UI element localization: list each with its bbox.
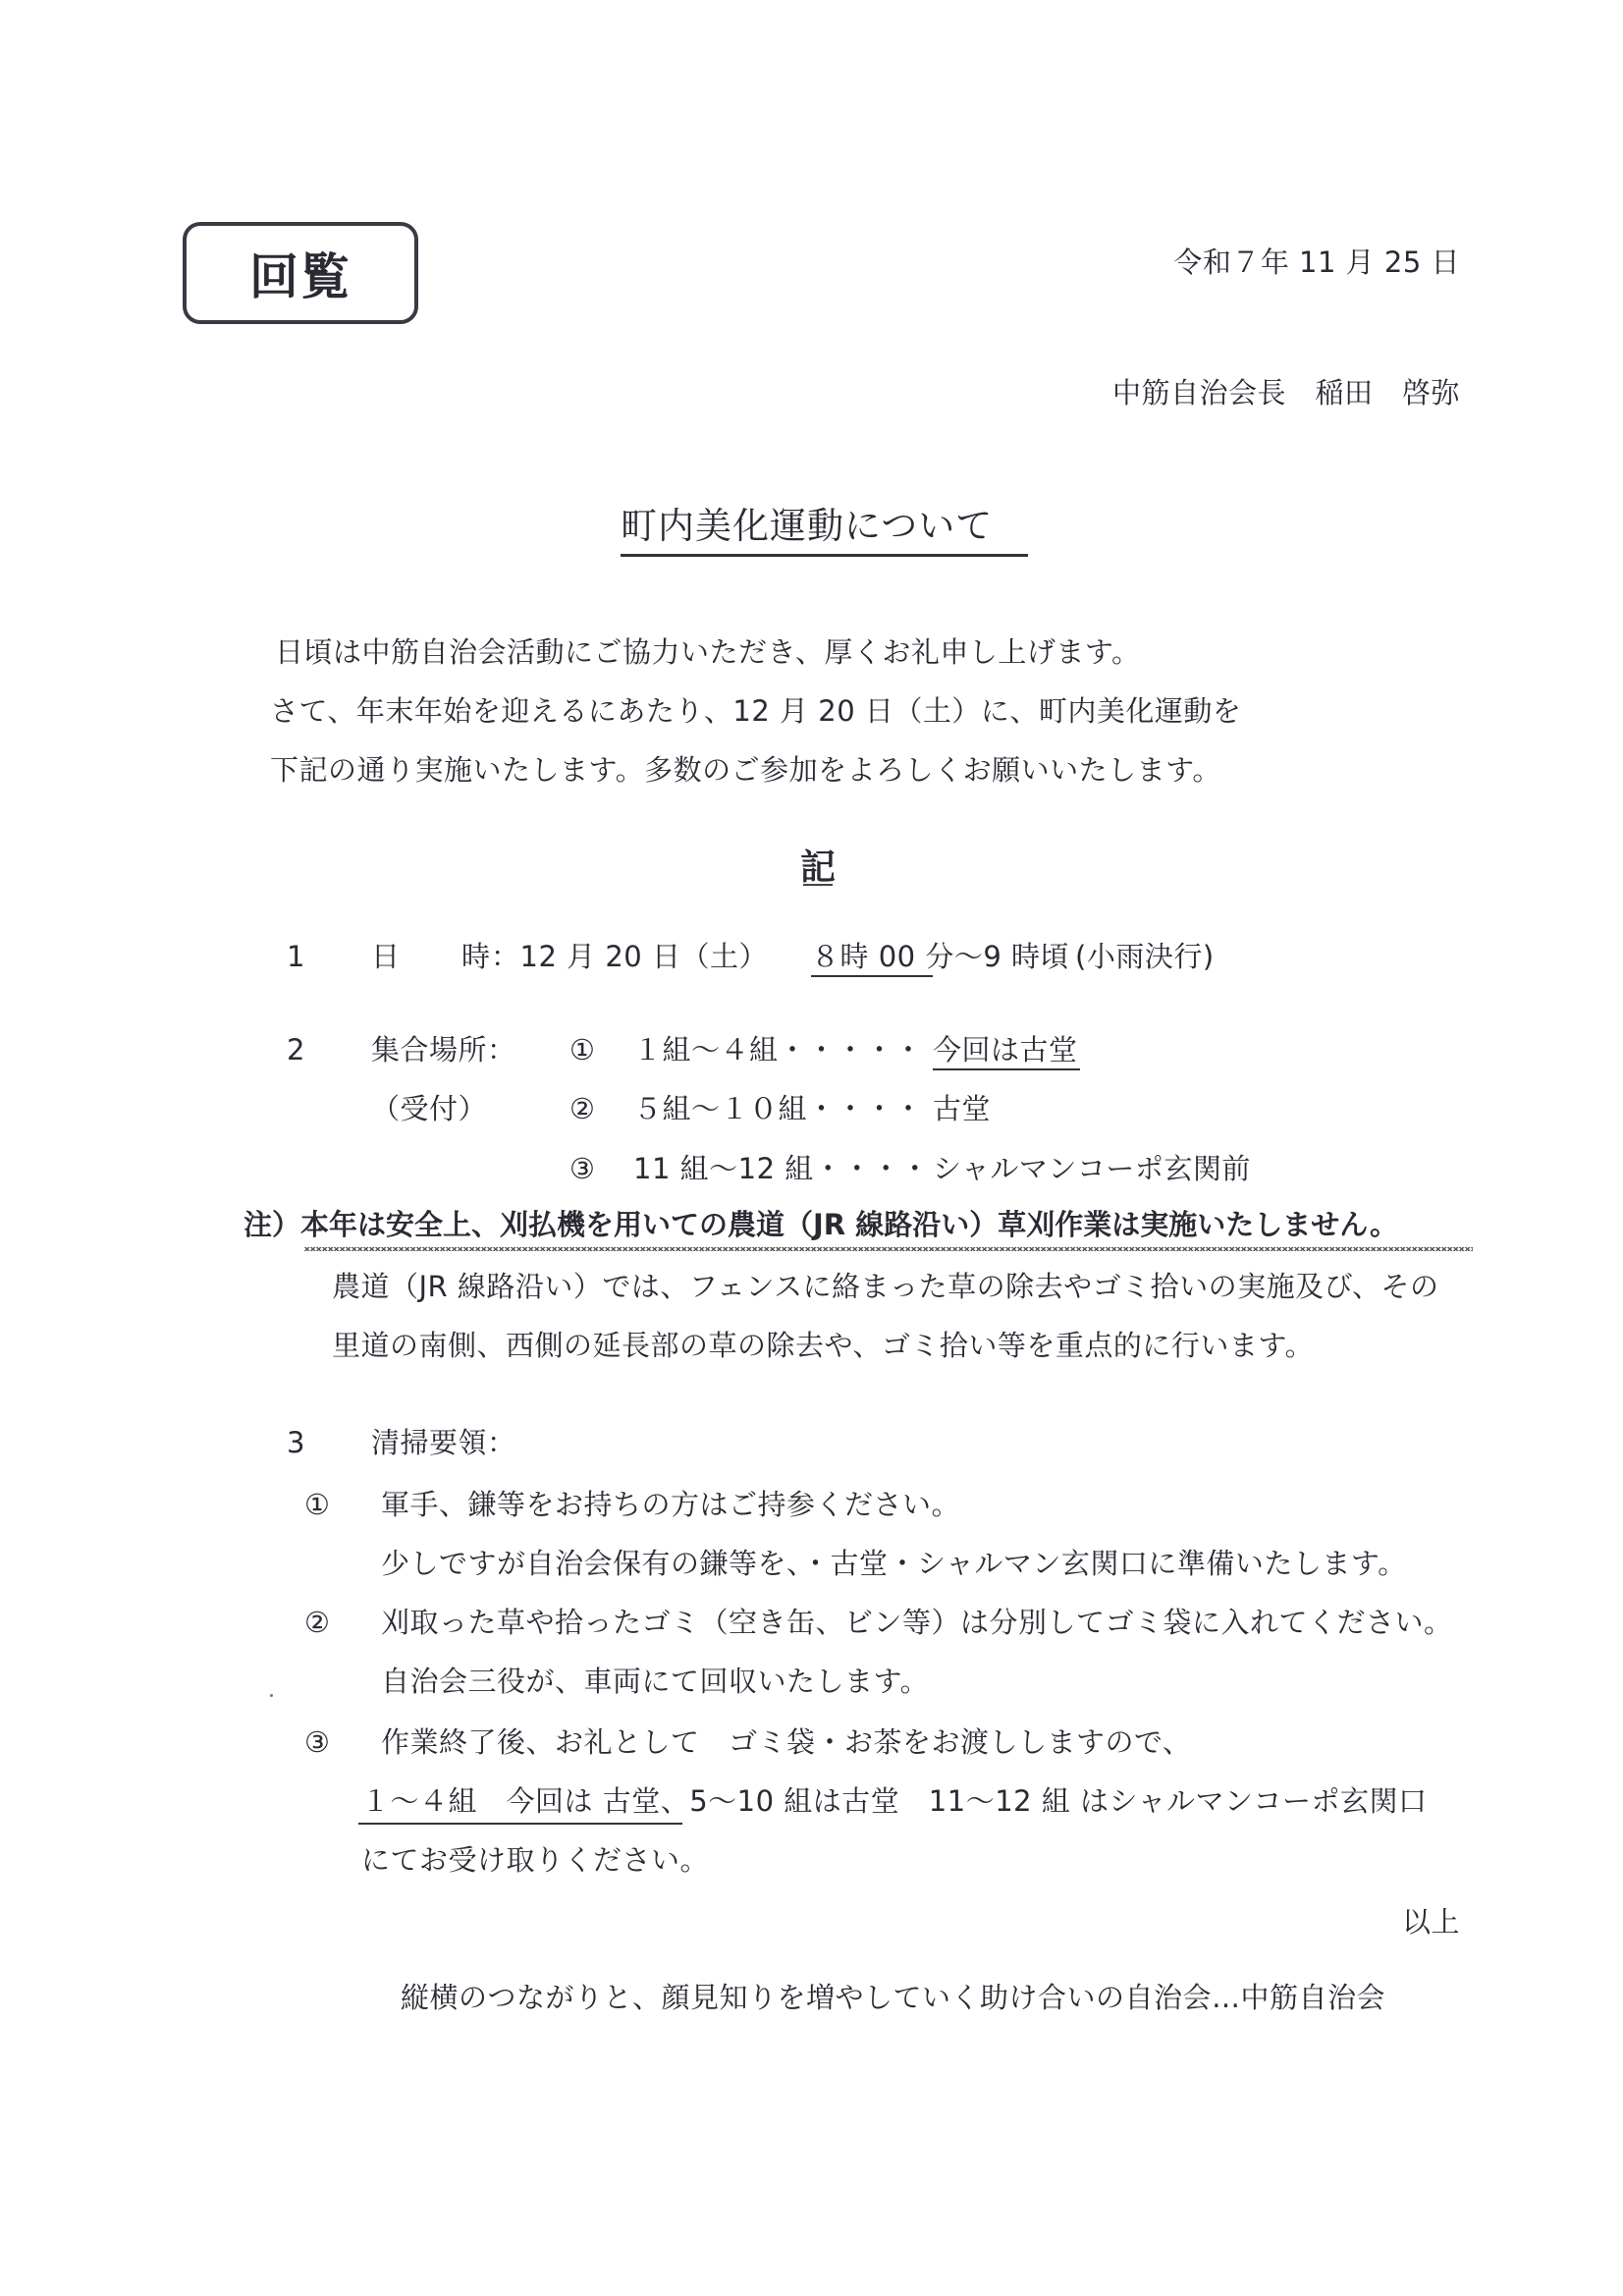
title-underline (621, 554, 1028, 557)
location-1-marker: ① (569, 1036, 596, 1065)
page-title: 町内美化運動について (621, 496, 993, 549)
notice-wavy-underline (304, 1247, 1473, 1251)
step-3-line-2: １～４組 今回は 古堂、5～10 組は古堂 11～12 組 はシャルマンコーポ玄… (361, 1787, 1427, 1816)
ki-underline (803, 884, 833, 886)
location-3-marker: ③ (569, 1155, 596, 1183)
step-3-marker: ③ (304, 1728, 331, 1757)
item1-label-time: 時 (461, 943, 491, 971)
scan-speck (270, 1694, 273, 1697)
item2-number: 2 (287, 1036, 305, 1065)
step-1-marker: ① (304, 1491, 331, 1519)
location-2-place: 古堂 (933, 1095, 991, 1123)
intro-line-1: 日頃は中筋自治会活動にご協力いただき、厚くお礼申し上げます。 (275, 638, 1141, 667)
stamp-label: 回覧 (249, 238, 352, 308)
step-2-line-2: 自治会三役が、車両にて回収いたします。 (381, 1667, 929, 1696)
title-block: 町内美化運動について (621, 496, 993, 549)
step-2-line-1: 刈取った草や拾ったゴミ（空き缶、ビン等）は分別してゴミ袋に入れてください。 (381, 1609, 1453, 1637)
closing-mark: 以上 (1402, 1908, 1460, 1937)
item1-number: 1 (287, 943, 305, 971)
slogan: 縦横のつながりと、顔見知りを増やしていく助け合いの自治会…中筋自治会 (401, 1984, 1385, 2012)
notice-detail-1: 農道（JR 線路沿い）では、フェンスに絡まった草の除去やゴミ拾いの実施及び、その (332, 1273, 1438, 1301)
item1-label-day: 日 (371, 943, 401, 971)
notice-main: 注）本年は安全上、刈払機を用いての農道（JR 線路沿い）草刈作業は実施いたしませ… (243, 1211, 1398, 1239)
step-3-underline (358, 1823, 682, 1825)
item1-time: ８時 00 分～9 時頃 (811, 943, 1069, 971)
location-1-underline (933, 1068, 1080, 1070)
notice-detail-2: 里道の南側、西側の延長部の草の除去や、ゴミ拾い等を重点的に行います。 (332, 1332, 1314, 1360)
location-2-groups: ５組～１０組・・・・ (633, 1095, 923, 1123)
location-3-place: シャルマンコーポ玄関前 (933, 1155, 1251, 1183)
item1-note: (小雨決行) (1075, 943, 1215, 971)
intro-line-2: さて、年末年始を迎えるにあたり、12 月 20 日（土）に、町内美化運動を (270, 697, 1241, 726)
document-date: 令和７年 11 月 25 日 (1173, 248, 1460, 277)
location-3-groups: 11 組～12 組・・・・ (633, 1155, 930, 1183)
circulation-stamp: 回覧 (183, 222, 418, 324)
step-1-line-1: 軍手、鎌等をお持ちの方はご持参ください。 (381, 1491, 960, 1519)
item2-sublabel: （受付） (371, 1095, 487, 1123)
location-1-place: 今回は古堂 (933, 1036, 1078, 1065)
location-2-marker: ② (569, 1095, 596, 1123)
step-3-line-3: にてお受け取りください。 (361, 1846, 709, 1875)
step-3-line-1: 作業終了後、お礼として ゴミ袋・お茶をお渡ししますので、 (381, 1728, 1191, 1757)
ki-heading: 記 (800, 840, 836, 890)
step-1-line-2: 少しですが自治会保有の鎌等を、・古堂・シャルマン玄関口に準備いたします。 (381, 1550, 1407, 1578)
step-2-marker: ② (304, 1609, 331, 1637)
intro-line-3: 下記の通り実施いたします。多数のご参加をよろしくお願いいたします。 (270, 756, 1221, 785)
sender-name: 中筋自治会長 稲田 啓弥 (1112, 379, 1460, 408)
location-1-groups: １組～４組・・・・・ (633, 1036, 923, 1065)
item3-label: 清掃要領： (371, 1429, 516, 1457)
item1-date: ：12 月 20 日（土） (491, 943, 768, 971)
item2-label: 集合場所： (371, 1036, 516, 1065)
item1-time-underline (811, 975, 933, 977)
item3-number: 3 (287, 1429, 305, 1457)
